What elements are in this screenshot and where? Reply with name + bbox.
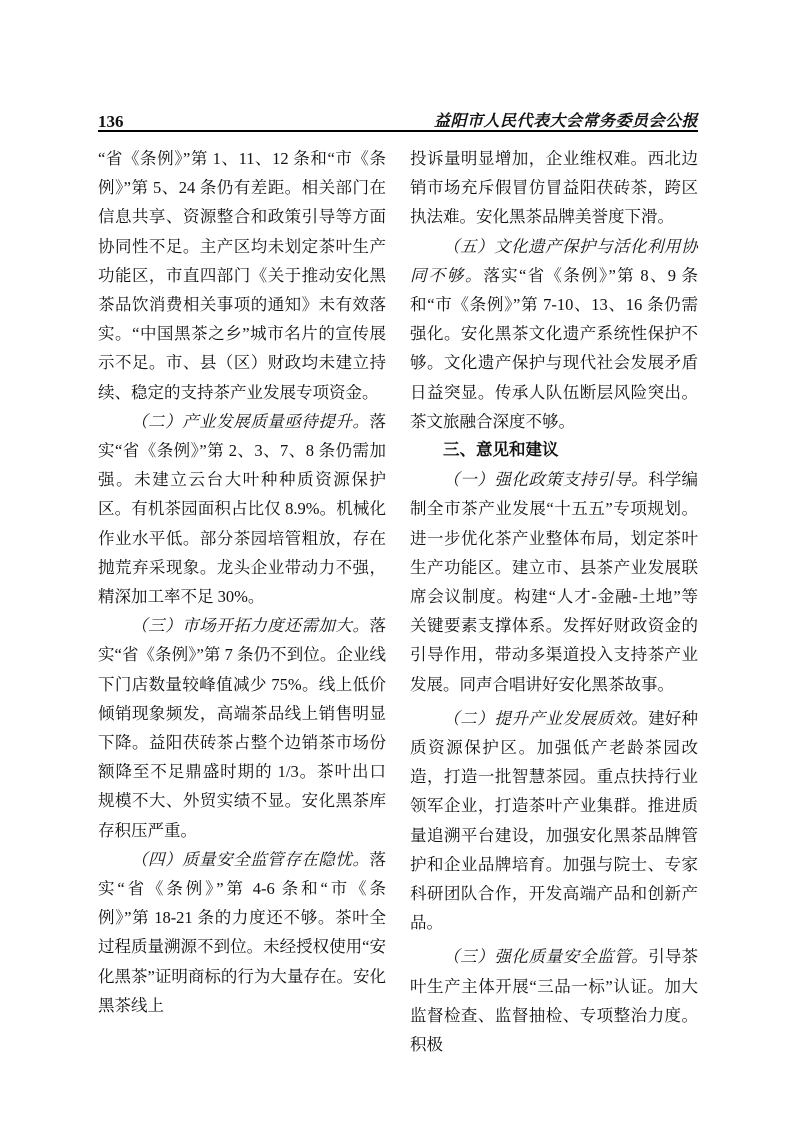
paragraph-text: 科学编制全市茶产业发展“十五五”专项规划。进一步优化茶产业整体布局，划定茶叶生产… xyxy=(410,470,698,693)
paragraph-item5: （五）文化遗产保护与活化利用协同不够。落实“省《条例》”第 8、9 条和“市《条… xyxy=(410,232,698,436)
paragraph-lead: （一）强化政策支持引导。 xyxy=(443,470,648,489)
section-heading: 三、意见和建议 xyxy=(410,436,698,465)
paragraph-item2: （二）产业发展质量亟待提升。落实“省《条例》”第 2、3、7、8 条仍需加强。未… xyxy=(98,407,386,611)
header-rule xyxy=(98,130,698,132)
right-column: 投诉量明显增加，企业维权难。西北边销市场充斥假冒仿冒益阳茯砖茶，跨区执法难。安化… xyxy=(410,144,698,1059)
paragraph-text: “省《条例》”第 1、11、12 条和“市《条例》”第 5、24 条仍有差距。相… xyxy=(98,149,386,402)
page-header: 136 益阳市人民代表大会常务委员会公报 xyxy=(98,106,698,130)
paragraph-text: 落实“省《条例》”第 4-6 条和“市《条例》”第 18-21 条的力度还不够。… xyxy=(98,850,386,1015)
paragraph-lead: （三）强化质量安全监管。 xyxy=(443,947,648,966)
paragraph-item2: （二）提升产业发展质效。建好种质资源保护区。加强低产老龄茶园改造，打造一批智慧茶… xyxy=(410,704,698,938)
paragraph-lead: （三）市场开拓力度还需加大。 xyxy=(131,616,370,635)
text-columns: “省《条例》”第 1、11、12 条和“市《条例》”第 5、24 条仍有差距。相… xyxy=(98,144,698,1059)
paragraph-lead: （二）提升产业发展质效。 xyxy=(443,709,648,728)
paragraph-lead: （二）产业发展质量亟待提升。 xyxy=(131,412,370,431)
paragraph-item3: （三）强化质量安全监管。引导茶叶生产主体开展“三品一标”认证。加大监督检查、监督… xyxy=(410,942,698,1059)
document-page: 136 益阳市人民代表大会常务委员会公报 “省《条例》”第 1、11、12 条和… xyxy=(0,0,794,1122)
paragraph-text: 落实“省《条例》”第 8、9 条和“市《条例》”第 7-10、13、16 条仍需… xyxy=(410,266,698,431)
paragraph-continuation: 投诉量明显增加，企业维权难。西北边销市场充斥假冒仿冒益阳茯砖茶，跨区执法难。安化… xyxy=(410,144,698,232)
page-number: 136 xyxy=(98,113,124,130)
paragraph-item3: （三）市场开拓力度还需加大。落实“省《条例》”第 7 条仍不到位。企业线下门店数… xyxy=(98,611,386,845)
paragraph-continuation: “省《条例》”第 1、11、12 条和“市《条例》”第 5、24 条仍有差距。相… xyxy=(98,144,386,407)
paragraph-text: 投诉量明显增加，企业维权难。西北边销市场充斥假冒仿冒益阳茯砖茶，跨区执法难。安化… xyxy=(410,149,698,226)
paragraph-item1: （一）强化政策支持引导。科学编制全市茶产业发展“十五五”专项规划。进一步优化茶产… xyxy=(410,465,698,699)
paragraph-text: 建好种质资源保护区。加强低产老龄茶园改造，打造一批智慧茶园。重点扶持行业领军企业… xyxy=(410,709,698,932)
left-column: “省《条例》”第 1、11、12 条和“市《条例》”第 5、24 条仍有差距。相… xyxy=(98,144,386,1059)
paragraph-text: 落实“省《条例》”第 2、3、7、8 条仍需加强。未建立云台大叶种种质资源保护区… xyxy=(98,412,386,606)
paragraph-lead: （四）质量安全监管存在隐忧。 xyxy=(131,850,370,869)
paragraph-item4: （四）质量安全监管存在隐忧。落实“省《条例》”第 4-6 条和“市《条例》”第 … xyxy=(98,845,386,1020)
paragraph-text: 落实“省《条例》”第 7 条仍不到位。企业线下门店数量较峰值减少 75%。线上低… xyxy=(98,616,386,839)
bulletin-title: 益阳市人民代表大会常务委员会公报 xyxy=(434,114,698,130)
